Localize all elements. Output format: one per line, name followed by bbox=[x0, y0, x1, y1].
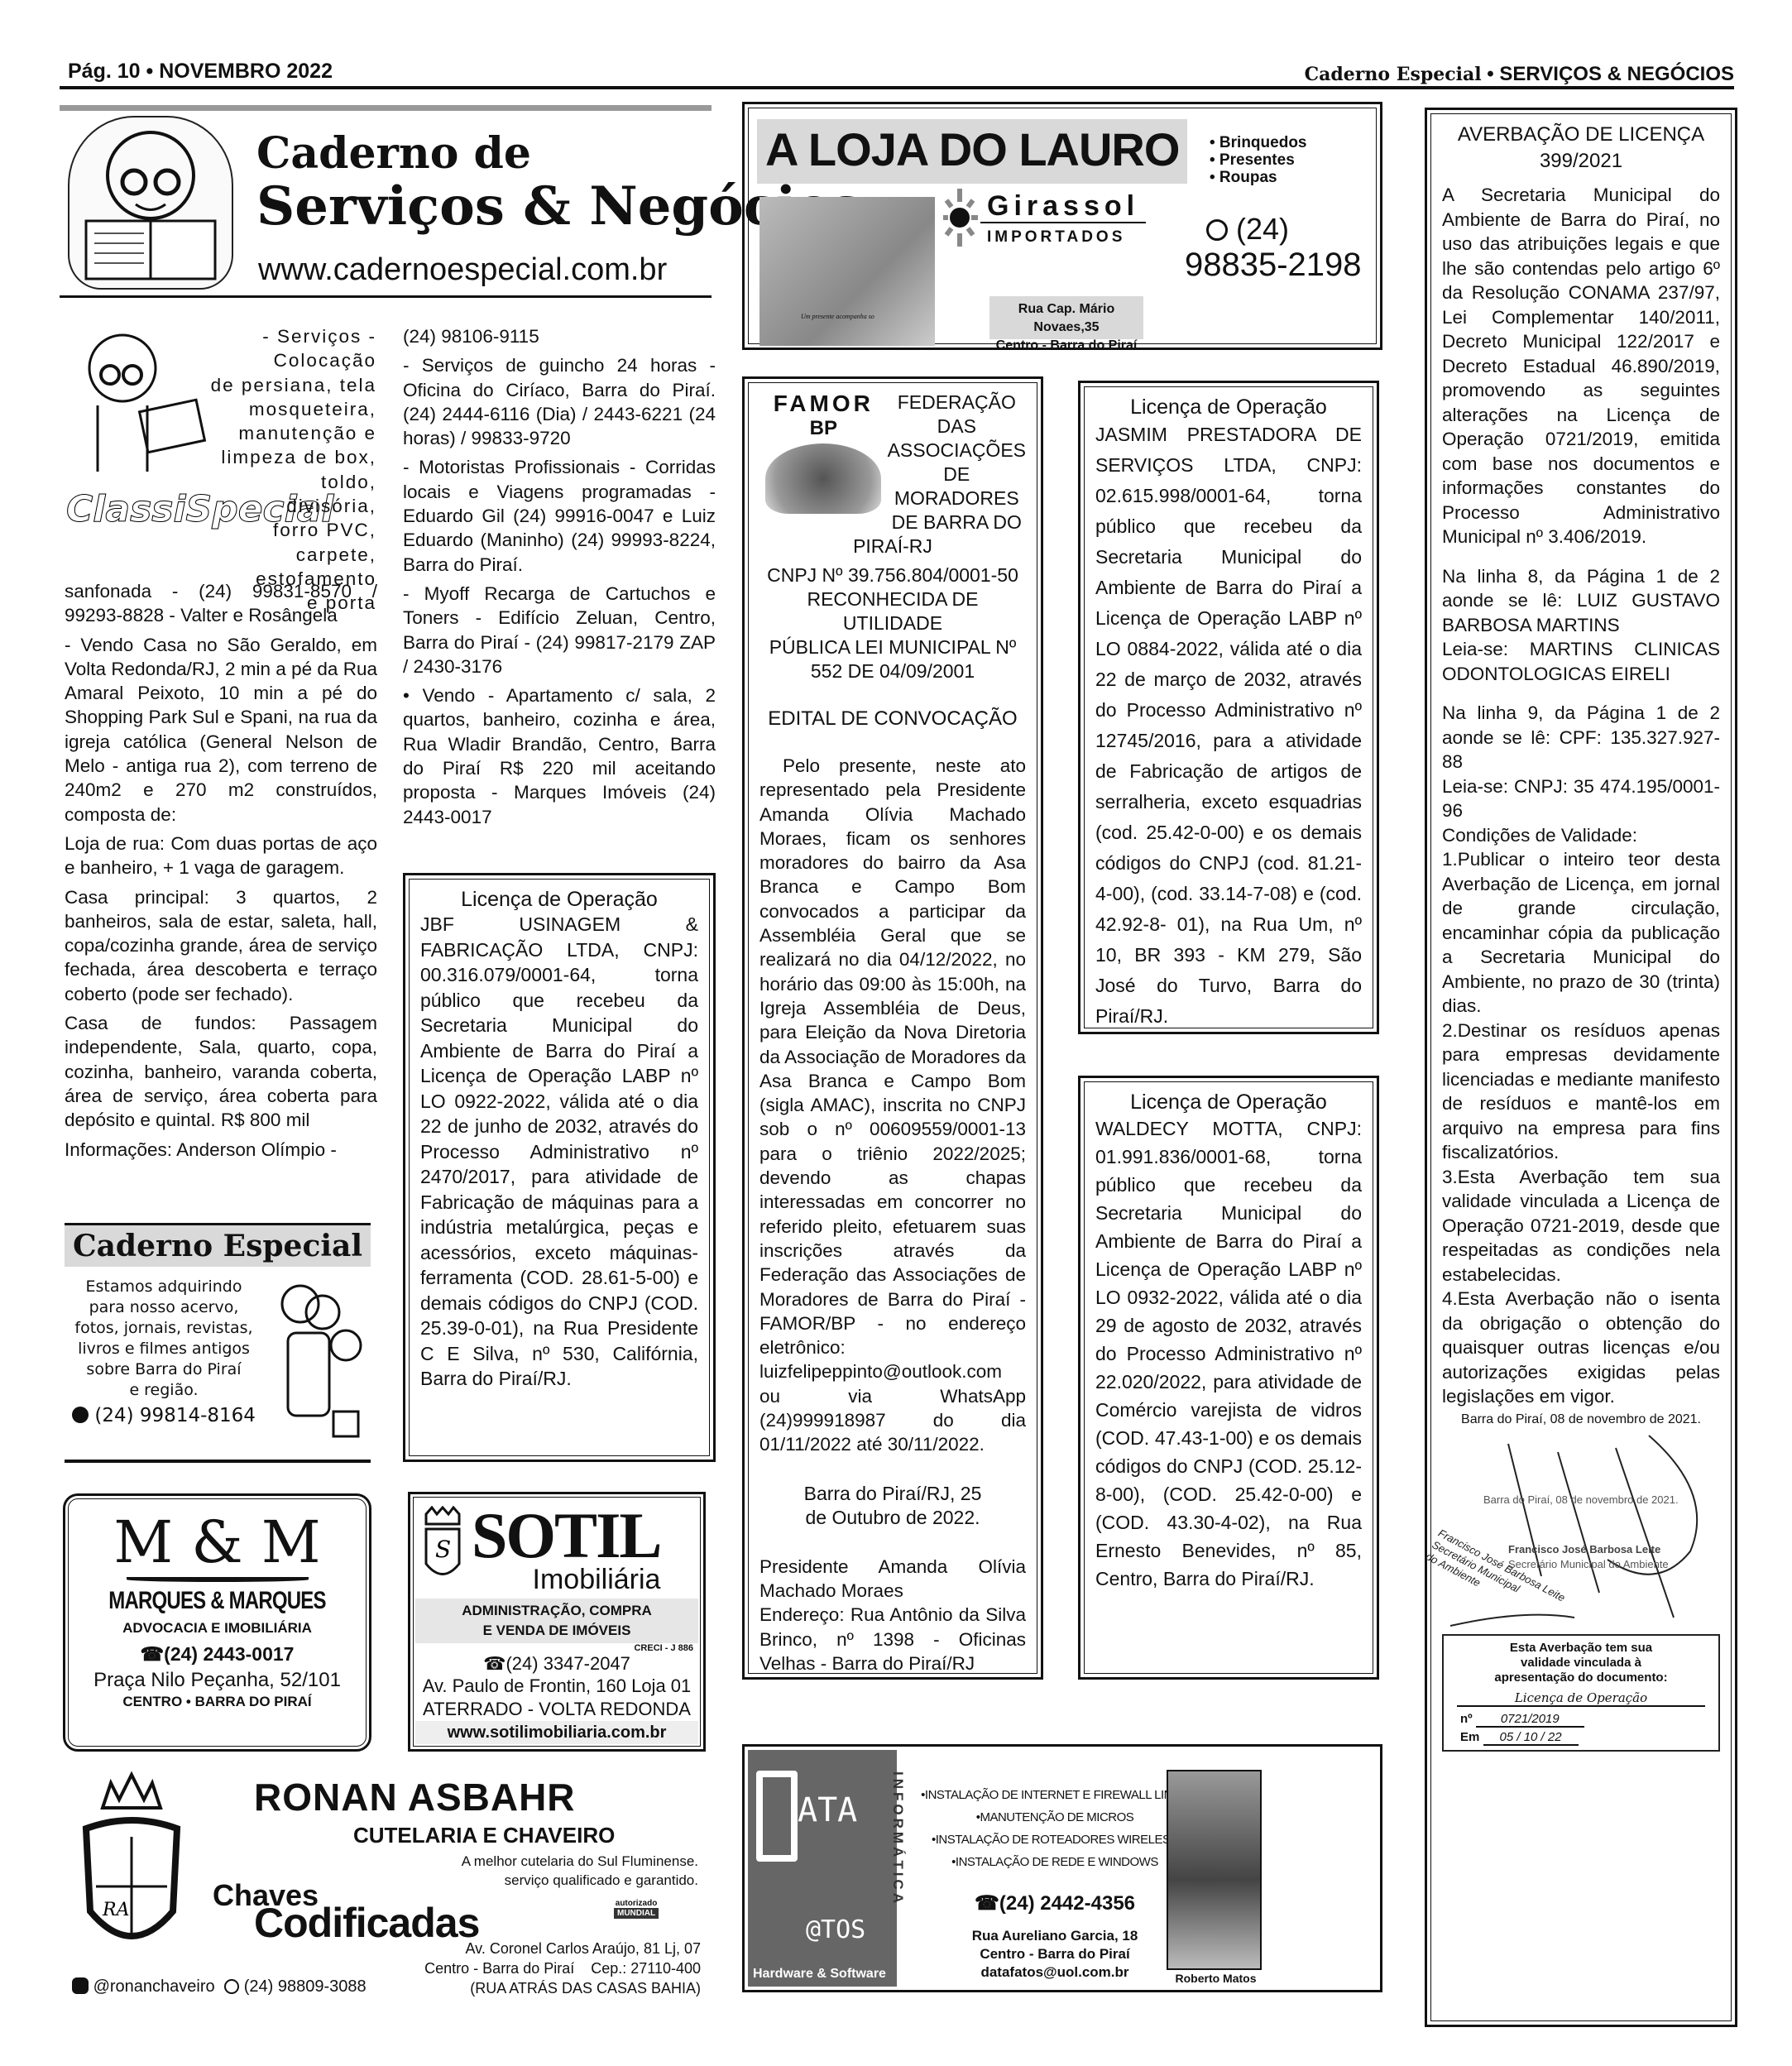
page-number-date: Pág. 10 • NOVEMBRO 2022 bbox=[68, 60, 333, 84]
averbacao-licenca-notice: AVERBAÇÃO DE LICENÇA 399/2021 A Secretar… bbox=[1425, 108, 1737, 2027]
condition-item: 2.Destinar os resíduos apenas para empre… bbox=[1442, 1019, 1720, 1165]
film-projector-cartoon-icon bbox=[263, 1267, 367, 1440]
classified-item: sanfonada - (24) 99831-8570 / 99293-8828… bbox=[65, 579, 377, 628]
condition-item: 1.Publicar o inteiro teor desta Averbaçã… bbox=[1442, 847, 1720, 1019]
firm-subtitle: ADVOCACIA E IMOBILIÁRIA bbox=[65, 1620, 369, 1637]
notice-title: EDITAL DE CONVOCAÇÃO bbox=[759, 707, 1026, 731]
loja-do-lauro-ad: A LOJA DO LAURO • Brinquedos • Presentes… bbox=[742, 102, 1382, 350]
address: Praça Nilo Peçanha, 52/101 bbox=[65, 1669, 369, 1692]
license-body: WALDECY MOTTA, CNPJ: 01.991.836/0001-68,… bbox=[1095, 1114, 1362, 1593]
service-item: •MANUTENÇÃO DE MICROS bbox=[902, 1806, 1208, 1829]
couple-gift-photo: Um presente acompanha so bbox=[759, 197, 935, 346]
handwritten-signature-icon bbox=[1442, 1427, 1723, 1634]
company-name: SOTIL bbox=[472, 1506, 660, 1565]
famor-convocation-notice: FAMOR BP FEDERAÇÃO DAS ASSOCIAÇÕES DE MO… bbox=[742, 376, 1043, 1680]
validity-stamp: Esta Averbação tem sua validade vinculad… bbox=[1442, 1634, 1720, 1752]
section-header: Caderno Especial • SERVIÇOS & NEGÓCIOS bbox=[1305, 63, 1734, 86]
notice-body: Pelo presente, neste ato representado pe… bbox=[759, 754, 1026, 1457]
phone-number: (24) 2442-4356 bbox=[999, 1892, 1135, 1915]
signature-area: Barra do Piraí, 08 de novembro de 2021. … bbox=[1442, 1427, 1720, 1634]
classifieds-column-1: sanfonada - (24) 99831-8570 / 99293-8828… bbox=[65, 579, 377, 1167]
signature: Presidente Amanda Olívia Machado Moraes bbox=[759, 1555, 1026, 1603]
service-item: •INSTALAÇÃO DE REDE E WINDOWS bbox=[902, 1851, 1208, 1873]
boy-reading-newspaper-icon bbox=[68, 116, 233, 290]
license-body: JBF USINAGEM & FABRICAÇÃO LTDA, CNPJ: 00… bbox=[420, 912, 698, 1392]
ad-title: Caderno Especial bbox=[65, 1223, 371, 1267]
phone-number: (24) 2443-0017 bbox=[164, 1643, 294, 1665]
city: CENTRO • BARRA DO PIRAÍ bbox=[65, 1694, 369, 1710]
classified-item: (24) 98106-9115 bbox=[403, 324, 716, 348]
phone-number: (24) 98809-3088 bbox=[244, 1977, 367, 1996]
city: ATERRADO - VOLTA REDONDA bbox=[410, 1698, 703, 1721]
condition-item: 4.Esta Averbação não o isenta da obrigaç… bbox=[1442, 1287, 1720, 1409]
license-title: Licença de Operação bbox=[1095, 395, 1362, 419]
svg-text:RA: RA bbox=[102, 1900, 129, 1920]
license-notice-jasmim: Licença de Operação JASMIM PRESTADORA DE… bbox=[1078, 381, 1379, 1034]
scales-of-justice-icon: M & M bbox=[65, 1508, 369, 1577]
man-portrait-photo bbox=[1167, 1770, 1262, 1970]
masthead-bar bbox=[60, 105, 712, 111]
license-body: JASMIM PRESTADORA DE SERVIÇOS LTDA, CNPJ… bbox=[1095, 419, 1362, 1032]
brand-name: Caderno Especial bbox=[1305, 64, 1482, 85]
phone-number: (24) 99814-8164 bbox=[94, 1405, 256, 1426]
address: Endereço: Rua Antônio da Silva Brinco, n… bbox=[759, 1603, 1026, 1675]
classified-services-ad: - Serviços - Colocação de persiana, tela… bbox=[153, 324, 376, 616]
famor-logo: FAMOR BP bbox=[759, 391, 888, 534]
license-notice-waldecy: Licença de Operação WALDECY MOTTA, CNPJ:… bbox=[1078, 1076, 1379, 1680]
company-name: RONAN ASBAHR bbox=[254, 1775, 576, 1819]
classified-item: - Vendo Casa no São Geraldo, em Volta Re… bbox=[65, 633, 377, 827]
person-name: Roberto Matos bbox=[1168, 1972, 1263, 1985]
whatsapp-icon bbox=[72, 1407, 89, 1423]
service-item: •INSTALAÇÃO DE INTERNET E FIREWALL LINUX bbox=[902, 1784, 1208, 1806]
classified-item: • Vendo - Apartamento c/ sala, 2 quartos… bbox=[403, 683, 716, 829]
company-sub: CUTELARIA E CHAVEIRO bbox=[353, 1823, 615, 1848]
caderno-especial-ad: Caderno Especial Estamos adquirindo para… bbox=[65, 1223, 371, 1463]
classified-item: - Motoristas Profissionais - Corridas lo… bbox=[403, 455, 716, 576]
whatsapp-icon bbox=[224, 1979, 239, 1994]
masthead-rule bbox=[60, 295, 712, 298]
brand-sub: IMPORTADOS bbox=[987, 228, 1125, 247]
sunflower-icon bbox=[942, 187, 979, 249]
phone-number: (24) 3347-2047 bbox=[505, 1653, 630, 1674]
classified-item: Casa principal: 3 quartos, 2 banheiros, … bbox=[65, 885, 377, 1006]
people-circle-icon bbox=[765, 443, 881, 514]
store-name: A LOJA DO LAURO bbox=[765, 122, 1179, 176]
email-link[interactable]: datafatos@uol.com.br bbox=[902, 1963, 1208, 1982]
telephone-icon: ☎ bbox=[975, 1892, 999, 1915]
address: Av. Paulo de Frontin, 160 Loja 01 bbox=[410, 1675, 703, 1698]
classified-item: Casa de fundos: Passagem independente, S… bbox=[65, 1011, 377, 1132]
crown-shield-icon: S bbox=[422, 1506, 463, 1584]
sotil-ad: S SOTIL Imobiliária ADMINISTRAÇÃO, COMPR… bbox=[408, 1492, 706, 1752]
notice-date: Barra do Piraí, 08 de novembro de 2021. bbox=[1442, 1412, 1720, 1427]
keys-label: Codificadas bbox=[254, 1899, 479, 1947]
condition-item: 3.Esta Averbação tem sua validade vincul… bbox=[1442, 1165, 1720, 1287]
license-title: Licença de Operação bbox=[1095, 1090, 1362, 1114]
whatsapp-icon bbox=[1206, 219, 1228, 241]
classified-item: - Myoff Recarga de Cartuchos e Toners - … bbox=[403, 582, 716, 678]
telephone-icon: ☎ bbox=[141, 1643, 165, 1665]
classified-item: Loja de rua: Com duas portas de aço e ba… bbox=[65, 832, 377, 880]
telephone-icon: ☎ bbox=[483, 1653, 505, 1674]
website-link[interactable]: www.sotilimobiliaria.com.br bbox=[415, 1721, 698, 1744]
website-link[interactable]: www.cadernoespecial.com.br bbox=[258, 252, 667, 288]
ronan-asbahr-ad: RA RONAN ASBAHR CUTELARIA E CHAVEIRO A m… bbox=[60, 1766, 721, 2048]
mundial-badge: autorizado MUNDIAL bbox=[614, 1899, 659, 1919]
creci: CRECI - J 886 bbox=[410, 1643, 703, 1653]
crown-crest-icon: RA bbox=[69, 1771, 194, 1969]
data-fatos-ad: ATA @TOS Hardware & Software INFORMÁTICA… bbox=[742, 1744, 1382, 1992]
classified-item: - Serviços de guincho 24 horas - Oficina… bbox=[403, 353, 716, 450]
firm-name: MARQUES & MARQUES bbox=[96, 1587, 339, 1615]
license-notice-jbf: Licença de Operação JBF USINAGEM & FABRI… bbox=[403, 873, 716, 1462]
brand-name: Girassol bbox=[987, 190, 1139, 223]
phone-number: 98835-2198 bbox=[1185, 247, 1362, 284]
masthead-title-line1: Caderno de bbox=[256, 128, 531, 179]
ad-bottom-rule bbox=[65, 1460, 371, 1463]
classified-item: Informações: Anderson Olímpio - bbox=[65, 1138, 377, 1162]
header-rule bbox=[60, 86, 1734, 89]
instagram-icon bbox=[72, 1977, 89, 1994]
svg-text:S: S bbox=[435, 1536, 451, 1563]
notice-title: AVERBAÇÃO DE LICENÇA bbox=[1442, 122, 1720, 148]
service-item: •INSTALAÇÃO DE ROTEADORES WIRELESS bbox=[902, 1829, 1208, 1851]
classifieds-column-2: (24) 98106-9115 - Serviços de guincho 24… bbox=[403, 324, 716, 834]
instagram-handle[interactable]: @ronanchaveiro bbox=[93, 1977, 215, 1996]
marques-marques-ad: M & M MARQUES & MARQUES ADVOCACIA E IMOB… bbox=[63, 1493, 371, 1752]
license-title: Licença de Operação bbox=[420, 887, 698, 912]
section-name: SERVIÇOS & NEGÓCIOS bbox=[1499, 63, 1734, 85]
data-fatos-logo: ATA @TOS Hardware & Software bbox=[748, 1750, 897, 1987]
